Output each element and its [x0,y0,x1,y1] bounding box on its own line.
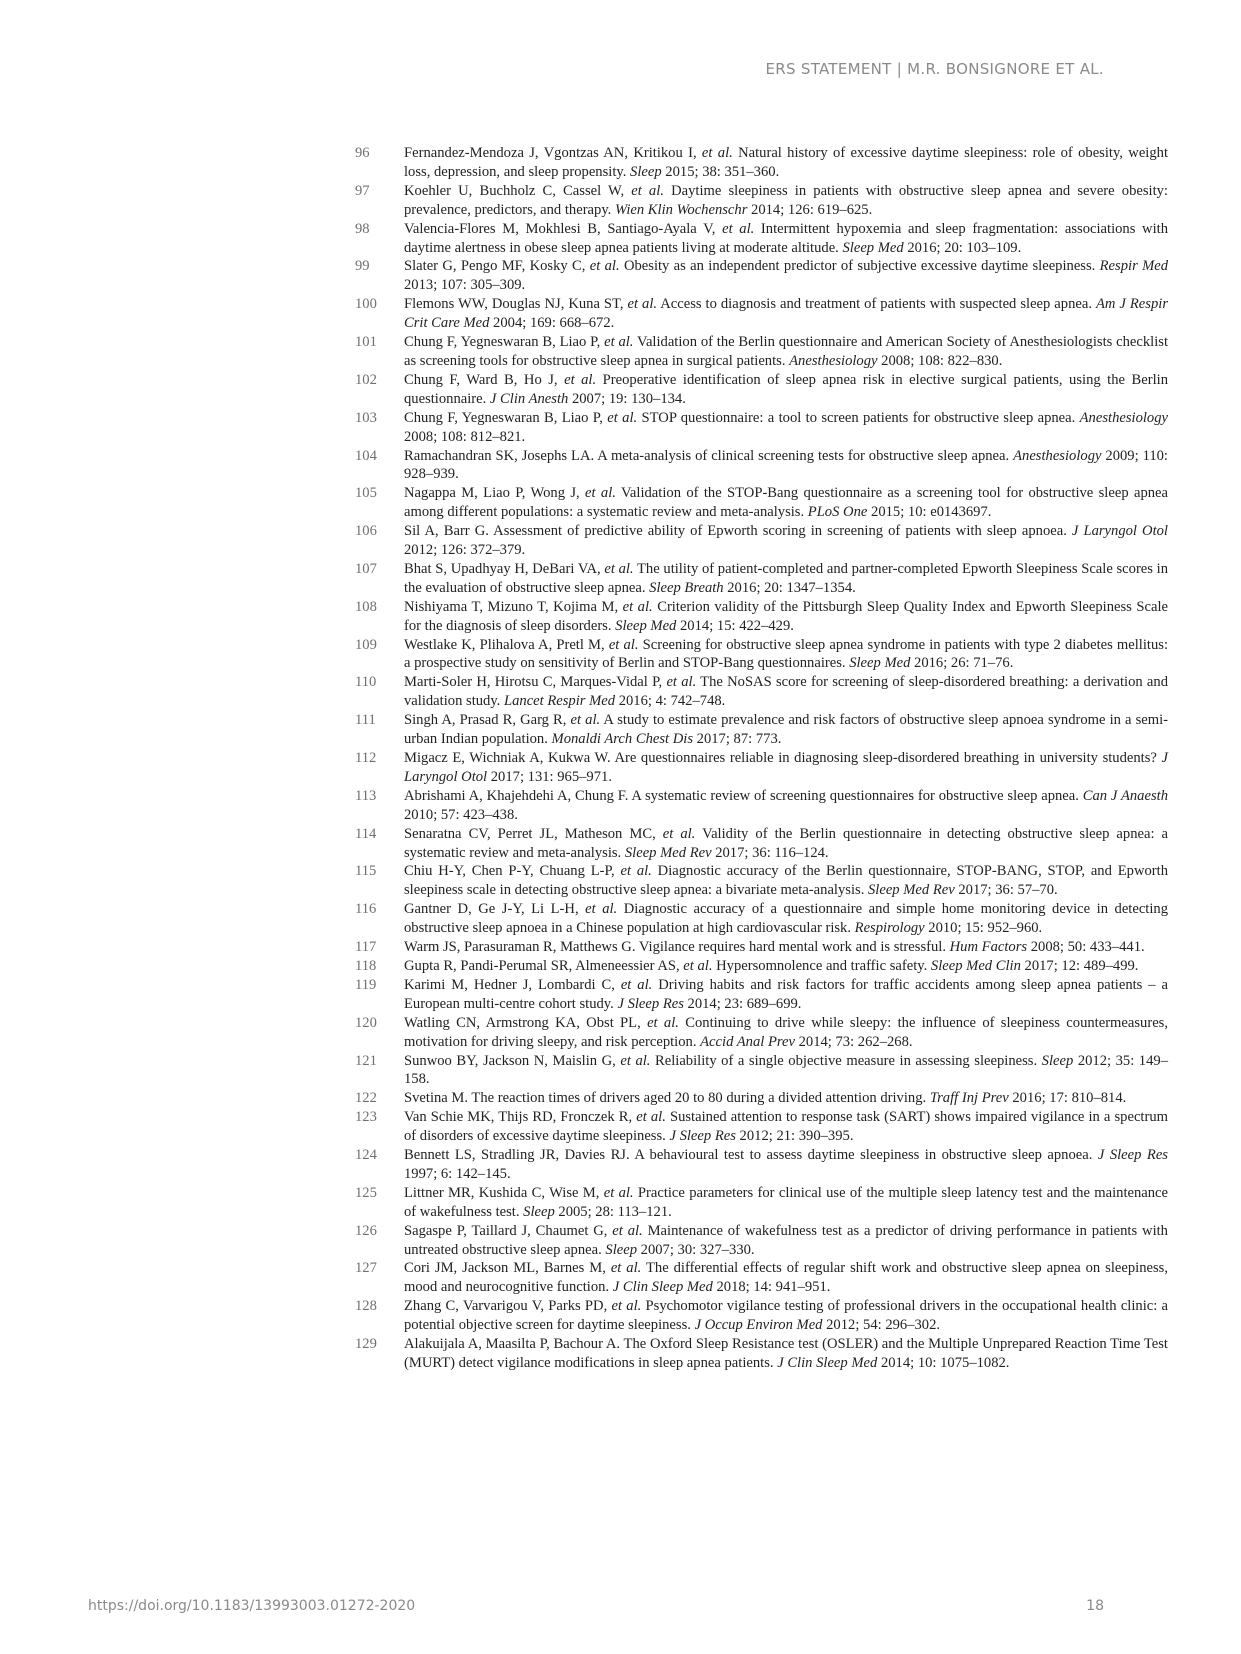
reference-number: 111 [355,711,395,730]
reference-text: 2014; 23: 689–699. [684,996,802,1012]
reference-italic-text: Hum Factors [950,939,1027,955]
reference-italic-text: Accid Anal Prev [700,1034,795,1050]
reference-item: 99Slater G, Pengo MF, Kosky C, et al. Ob… [356,257,1168,295]
reference-text: 2016; 20: 1347–1354. [724,580,856,596]
reference-italic-text: J Clin Sleep Med [777,1355,877,1371]
reference-number: 114 [355,825,395,844]
reference-number: 106 [355,522,395,541]
reference-italic-text: J Occup Environ Med [695,1317,823,1333]
reference-italic-text: et al. [663,826,696,842]
reference-number: 128 [355,1297,395,1316]
reference-text: Slater G, Pengo MF, Kosky C, [404,258,590,274]
reference-italic-text: Anesthesiology [1080,410,1168,426]
reference-item: 106Sil A, Barr G. Assessment of predicti… [356,522,1168,560]
reference-text: 2008; 50: 433–441. [1027,939,1145,955]
reference-number: 123 [355,1108,395,1127]
reference-item: 105Nagappa M, Liao P, Wong J, et al. Val… [356,484,1168,522]
reference-number: 102 [355,371,395,390]
reference-italic-text: PLoS One [808,504,868,520]
reference-text: 2017; 131: 965–971. [487,769,612,785]
reference-italic-text: J Clin Anesth [490,391,568,407]
reference-italic-text: et al. [647,1015,679,1031]
reference-number: 112 [355,749,395,768]
reference-text: 2014; 73: 262–268. [795,1034,913,1050]
reference-italic-text: Sleep [1042,1053,1074,1069]
reference-italic-text: et al. [609,637,639,653]
reference-text: 2014; 10: 1075–1082. [877,1355,1009,1371]
reference-text: Van Schie MK, Thijs RD, Fronczek R, [404,1109,636,1125]
reference-italic-text: Respirology [855,920,925,936]
reference-text: Hypersomnolence and traffic safety. [712,958,930,974]
reference-italic-text: Sleep [523,1204,555,1220]
reference-text: Cori JM, Jackson ML, Barnes M, [404,1260,611,1276]
reference-text: 2012; 54: 296–302. [822,1317,940,1333]
reference-italic-text: Lancet Respir Med [504,693,615,709]
reference-text: Sunwoo BY, Jackson N, Maislin G, [404,1053,620,1069]
reference-text: Marti-Soler H, Hirotsu C, Marques-Vidal … [404,674,666,690]
reference-item: 97Koehler U, Buchholz C, Cassel W, et al… [356,182,1168,220]
reference-italic-text: et al. [590,258,620,274]
reference-number: 107 [355,560,395,579]
reference-item: 123Van Schie MK, Thijs RD, Fronczek R, e… [356,1108,1168,1146]
reference-item: 103Chung F, Yegneswaran B, Liao P, et al… [356,409,1168,447]
reference-item: 124Bennett LS, Stradling JR, Davies RJ. … [356,1146,1168,1184]
reference-number: 99 [355,257,395,276]
reference-italic-text: et al. [628,296,658,312]
reference-italic-text: et al. [683,958,712,974]
reference-number: 109 [355,636,395,655]
reference-text: Karimi M, Hedner J, Lombardi C, [404,977,621,993]
reference-text: Chiu H-Y, Chen P-Y, Chuang L-P, [404,863,620,879]
reference-italic-text: et al. [585,485,616,501]
reference-italic-text: et al. [620,863,651,879]
reference-italic-text: Wien Klin Wochenschr [615,202,747,218]
reference-italic-text: Anesthesiology [789,353,877,369]
reference-number: 110 [355,673,395,692]
reference-text: Bennett LS, Stradling JR, Davies RJ. A b… [404,1147,1098,1163]
reference-number: 104 [355,447,395,466]
reference-item: 126Sagaspe P, Taillard J, Chaumet G, et … [356,1222,1168,1260]
reference-number: 121 [355,1052,395,1071]
reference-italic-text: et al. [620,1053,650,1069]
reference-italic-text: Respir Med [1100,258,1168,274]
reference-italic-text: J Laryngol Otol [1072,523,1168,539]
reference-italic-text: et al. [607,410,637,426]
reference-text: Chung F, Ward B, Ho J, [404,372,564,388]
reference-text: 2016; 4: 742–748. [615,693,725,709]
reference-text: Ramachandran SK, Josephs LA. A meta-anal… [404,448,1013,464]
reference-italic-text: Sleep Breath [649,580,723,596]
reference-italic-text: et al. [631,183,664,199]
reference-text: Abrishami A, Khajehdehi A, Chung F. A sy… [404,788,1083,804]
reference-text: Sil A, Barr G. Assessment of predictive … [404,523,1072,539]
reference-text: Nishiyama T, Mizuno T, Kojima M, [404,599,623,615]
reference-italic-text: et al. [564,372,596,388]
reference-italic-text: Sleep Med [849,655,910,671]
reference-text: 2016; 20: 103–109. [904,240,1022,256]
reference-number: 98 [355,220,395,239]
reference-item: 102Chung F, Ward B, Ho J, et al. Preoper… [356,371,1168,409]
reference-text: Access to diagnosis and treatment of pat… [657,296,1096,312]
reference-italic-text: Traff Inj Prev [930,1090,1009,1106]
reference-text: 2008; 108: 812–821. [404,429,525,445]
reference-number: 105 [355,484,395,503]
reference-text: 2012; 126: 372–379. [404,542,525,558]
reference-italic-text: Anesthesiology [1013,448,1101,464]
reference-item: 122Svetina M. The reaction times of driv… [356,1089,1168,1108]
reference-text: Watling CN, Armstrong KA, Obst PL, [404,1015,647,1031]
reference-item: 96Fernandez-Mendoza J, Vgontzas AN, Krit… [356,144,1168,182]
reference-italic-text: et al. [611,1260,641,1276]
reference-text: Singh A, Prasad R, Garg R, [404,712,571,728]
reference-item: 118Gupta R, Pandi-Perumal SR, Almeneessi… [356,957,1168,976]
reference-text: 2014; 126: 619–625. [747,202,872,218]
running-header: ERS STATEMENT | M.R. BONSIGNORE ET AL. [766,60,1105,78]
reference-italic-text: J Sleep Res [1098,1147,1168,1163]
reference-text: 2017; 12: 489–499. [1021,958,1139,974]
reference-item: 109Westlake K, Plihalova A, Pretl M, et … [356,636,1168,674]
reference-text: Westlake K, Plihalova A, Pretl M, [404,637,609,653]
reference-text: 2010; 57: 423–438. [404,807,518,823]
reference-text: Zhang C, Varvarigou V, Parks PD, [404,1298,612,1314]
reference-item: 127Cori JM, Jackson ML, Barnes M, et al.… [356,1259,1168,1297]
reference-text: STOP questionnaire: a tool to screen pat… [637,410,1079,426]
reference-item: 116Gantner D, Ge J-Y, Li L-H, et al. Dia… [356,900,1168,938]
reference-text: Svetina M. The reaction times of drivers… [404,1090,930,1106]
reference-item: 117Warm JS, Parasuraman R, Matthews G. V… [356,938,1168,957]
reference-text: Warm JS, Parasuraman R, Matthews G. Vigi… [404,939,950,955]
reference-text: 2007; 30: 327–330. [637,1242,755,1258]
reference-text: 2010; 15: 952–960. [925,920,1043,936]
reference-text: Reliability of a single objective measur… [650,1053,1041,1069]
reference-item: 115Chiu H-Y, Chen P-Y, Chuang L-P, et al… [356,862,1168,900]
reference-number: 119 [355,976,395,995]
reference-text: Littner MR, Kushida C, Wise M, [404,1185,604,1201]
reference-text: Chung F, Yegneswaran B, Liao P, [404,410,607,426]
reference-italic-text: et al. [702,145,733,161]
reference-number: 129 [355,1335,395,1354]
reference-text: 1997; 6: 142–145. [404,1166,511,1182]
reference-number: 122 [355,1089,395,1108]
reference-italic-text: J Sleep Res [617,996,683,1012]
reference-number: 96 [355,144,395,163]
reference-italic-text: et al. [571,712,601,728]
reference-text: 2018; 14: 941–951. [713,1279,831,1295]
reference-list: 96Fernandez-Mendoza J, Vgontzas AN, Krit… [356,144,1168,1373]
reference-number: 124 [355,1146,395,1165]
reference-text: 2016; 17: 810–814. [1009,1090,1127,1106]
reference-number: 97 [355,182,395,201]
reference-text: Nagappa M, Liao P, Wong J, [404,485,585,501]
reference-text: 2017; 36: 57–70. [955,882,1058,898]
reference-italic-text: Sleep Med [842,240,903,256]
reference-number: 126 [355,1222,395,1241]
reference-italic-text: et al. [722,221,754,237]
reference-number: 101 [355,333,395,352]
reference-number: 103 [355,409,395,428]
reference-item: 104Ramachandran SK, Josephs LA. A meta-a… [356,447,1168,485]
reference-text: Sagaspe P, Taillard J, Chaumet G, [404,1223,612,1239]
reference-text: 2015; 10: e0143697. [867,504,991,520]
reference-italic-text: et al. [612,1298,642,1314]
reference-text: 2005; 28: 113–121. [555,1204,672,1220]
reference-text: Senaratna CV, Perret JL, Matheson MC, [404,826,663,842]
reference-item: 101Chung F, Yegneswaran B, Liao P, et al… [356,333,1168,371]
reference-item: 112Migacz E, Wichniak A, Kukwa W. Are qu… [356,749,1168,787]
reference-text: 2016; 26: 71–76. [910,655,1013,671]
reference-italic-text: Monaldi Arch Chest Dis [552,731,693,747]
reference-item: 129Alakuijala A, Maasilta P, Bachour A. … [356,1335,1168,1373]
reference-text: Valencia-Flores M, Mokhlesi B, Santiago-… [404,221,722,237]
reference-item: 111Singh A, Prasad R, Garg R, et al. A s… [356,711,1168,749]
reference-text: 2013; 107: 305–309. [404,277,525,293]
reference-number: 115 [355,862,395,881]
reference-italic-text: et al. [623,599,653,615]
reference-italic-text: Can J Anaesth [1083,788,1168,804]
reference-item: 98Valencia-Flores M, Mokhlesi B, Santiag… [356,220,1168,258]
reference-text: 2014; 15: 422–429. [676,618,794,634]
reference-number: 100 [355,295,395,314]
reference-number: 117 [355,938,395,957]
reference-italic-text: et al. [604,334,633,350]
reference-italic-text: J Clin Sleep Med [613,1279,713,1295]
reference-italic-text: et al. [604,561,633,577]
footer-doi-link[interactable]: https://doi.org/10.1183/13993003.01272-2… [88,1598,415,1614]
reference-item: 107Bhat S, Upadhyay H, DeBari VA, et al.… [356,560,1168,598]
reference-italic-text: et al. [666,674,696,690]
reference-text: Koehler U, Buchholz C, Cassel W, [404,183,631,199]
reference-italic-text: Sleep Med [615,618,676,634]
reference-item: 113Abrishami A, Khajehdehi A, Chung F. A… [356,787,1168,825]
reference-italic-text: et al. [621,977,652,993]
reference-number: 120 [355,1014,395,1033]
reference-text: 2004; 169: 668–672. [489,315,614,331]
reference-number: 116 [355,900,395,919]
reference-italic-text: Sleep [630,164,662,180]
reference-italic-text: J Sleep Res [669,1128,735,1144]
reference-italic-text: et al. [604,1185,634,1201]
reference-italic-text: Sleep [605,1242,637,1258]
reference-italic-text: et al. [636,1109,666,1125]
reference-item: 100Flemons WW, Douglas NJ, Kuna ST, et a… [356,295,1168,333]
reference-item: 128Zhang C, Varvarigou V, Parks PD, et a… [356,1297,1168,1335]
reference-text: 2017; 36: 116–124. [712,845,829,861]
reference-number: 118 [355,957,395,976]
reference-item: 121Sunwoo BY, Jackson N, Maislin G, et a… [356,1052,1168,1090]
reference-text: Migacz E, Wichniak A, Kukwa W. Are quest… [404,750,1162,766]
reference-text: Obesity as an independent predictor of s… [620,258,1100,274]
reference-text: Flemons WW, Douglas NJ, Kuna ST, [404,296,628,312]
reference-item: 119Karimi M, Hedner J, Lombardi C, et al… [356,976,1168,1014]
reference-text: 2012; 21: 390–395. [736,1128,854,1144]
reference-number: 125 [355,1184,395,1203]
reference-text: Chung F, Yegneswaran B, Liao P, [404,334,604,350]
reference-italic-text: et al. [612,1223,642,1239]
reference-text: 2015; 38: 351–360. [662,164,780,180]
reference-item: 114Senaratna CV, Perret JL, Matheson MC,… [356,825,1168,863]
reference-italic-text: Sleep Med Rev [625,845,712,861]
reference-text: Bhat S, Upadhyay H, DeBari VA, [404,561,604,577]
reference-italic-text: Sleep Med Rev [868,882,955,898]
reference-text: Gupta R, Pandi-Perumal SR, Almeneessier … [404,958,683,974]
reference-item: 125Littner MR, Kushida C, Wise M, et al.… [356,1184,1168,1222]
reference-item: 108Nishiyama T, Mizuno T, Kojima M, et a… [356,598,1168,636]
reference-text: 2008; 108: 822–830. [878,353,1003,369]
reference-text: 2017; 87: 773. [693,731,781,747]
reference-item: 120Watling CN, Armstrong KA, Obst PL, et… [356,1014,1168,1052]
reference-italic-text: et al. [585,901,617,917]
reference-number: 127 [355,1259,395,1278]
page-number: 18 [1086,1598,1104,1614]
reference-text: Gantner D, Ge J-Y, Li L-H, [404,901,585,917]
reference-item: 110Marti-Soler H, Hirotsu C, Marques-Vid… [356,673,1168,711]
reference-text: Fernandez-Mendoza J, Vgontzas AN, Kritik… [404,145,702,161]
reference-text: 2007; 19: 130–134. [568,391,686,407]
reference-number: 108 [355,598,395,617]
reference-italic-text: Sleep Med Clin [931,958,1021,974]
reference-number: 113 [355,787,395,806]
